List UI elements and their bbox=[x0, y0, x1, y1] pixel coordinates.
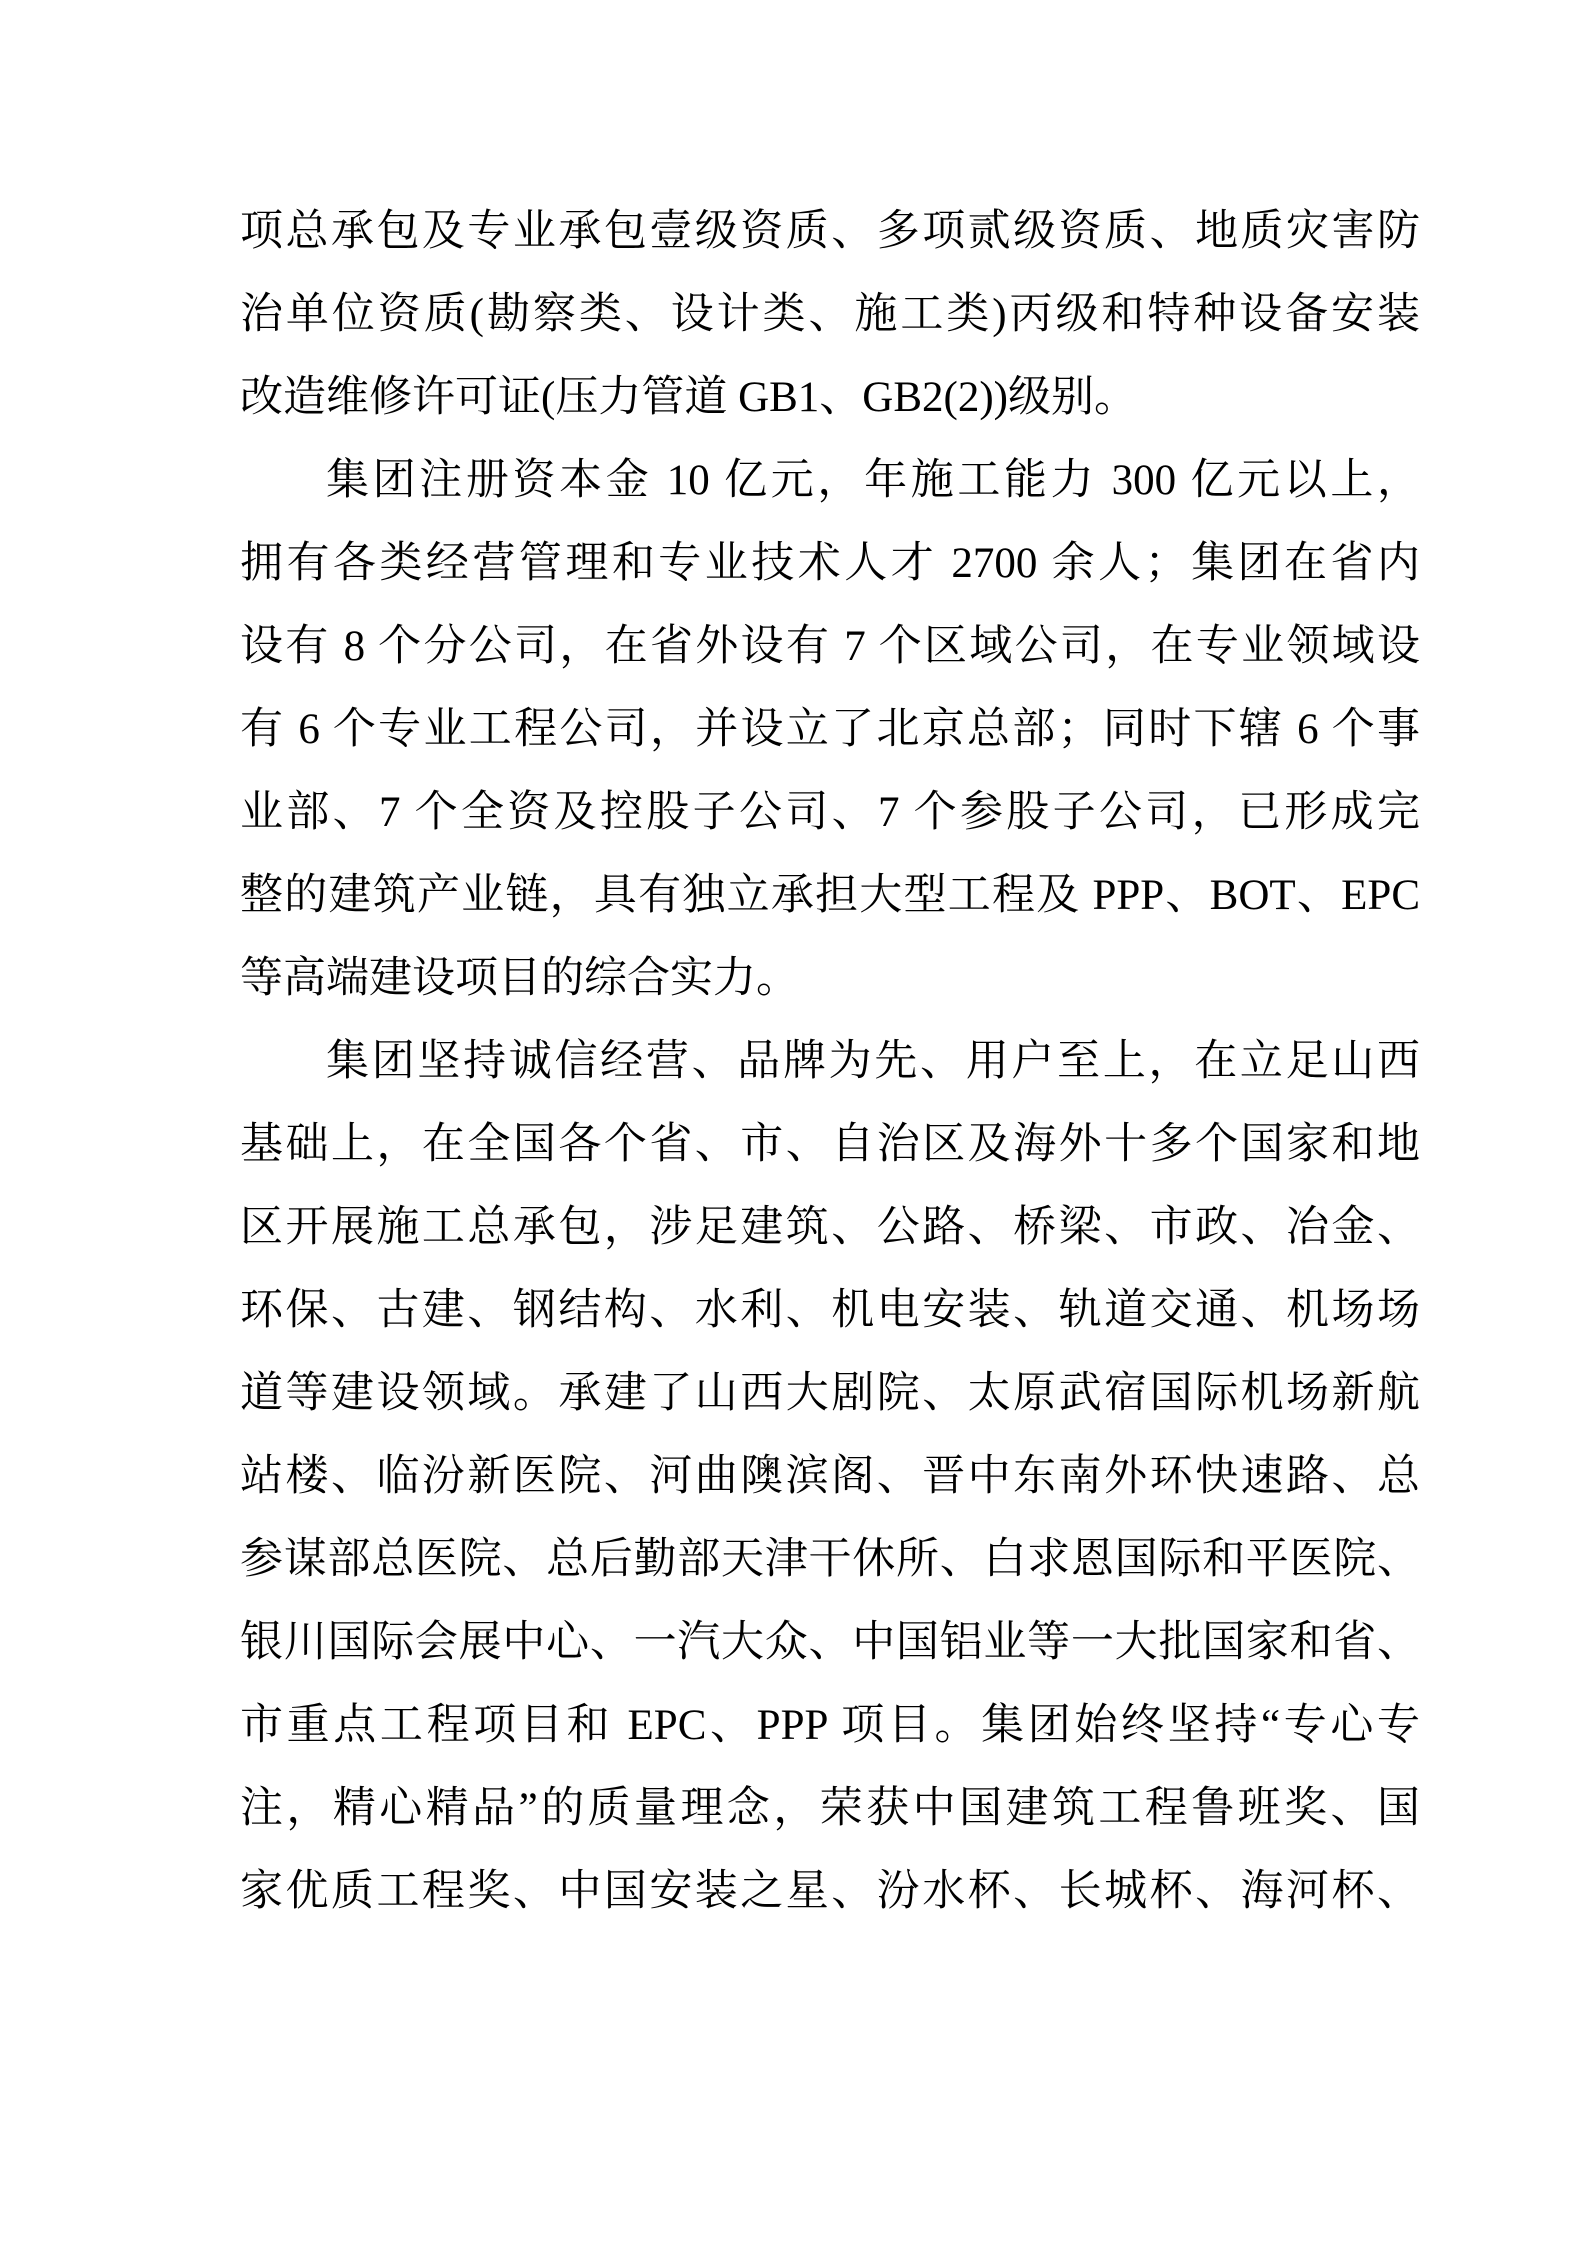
text-line: 银川国际会展中心、一汽大众、中国铝业等一大批国家和省、 bbox=[240, 1601, 1420, 1684]
text-line: 区开展施工总承包，涉足建筑、公路、桥梁、市政、冶金、 bbox=[240, 1186, 1420, 1269]
text-line: 设有 8 个分公司，在省外设有 7 个区域公司，在专业领域设 bbox=[240, 605, 1420, 688]
text-line: 项总承包及专业承包壹级资质、多项贰级资质、地质灾害防 bbox=[240, 190, 1420, 273]
text-line: 业部、7 个全资及控股子公司、7 个参股子公司，已形成完 bbox=[240, 771, 1420, 854]
text-block: 项总承包及专业承包壹级资质、多项贰级资质、地质灾害防 治单位资质(勘察类、设计类… bbox=[240, 190, 1420, 1933]
text-line: 集团坚持诚信经营、品牌为先、用户至上，在立足山西 bbox=[240, 1020, 1420, 1103]
text-line: 基础上，在全国各个省、市、自治区及海外十多个国家和地 bbox=[240, 1103, 1420, 1186]
document-page: 项总承包及专业承包壹级资质、多项贰级资质、地质灾害防 治单位资质(勘察类、设计类… bbox=[0, 0, 1587, 2245]
text-line: 拥有各类经营管理和专业技术人才 2700 余人；集团在省内 bbox=[240, 522, 1420, 605]
text-line: 改造维修许可证(压力管道 GB1、GB2(2))级别。 bbox=[240, 356, 1420, 439]
text-line: 参谋部总医院、总后勤部天津干休所、白求恩国际和平医院、 bbox=[240, 1518, 1420, 1601]
text-line: 站楼、临汾新医院、河曲隩滨阁、晋中东南外环快速路、总 bbox=[240, 1435, 1420, 1518]
text-line: 市重点工程项目和 EPC、PPP 项目。集团始终坚持“专心专 bbox=[240, 1684, 1420, 1767]
paragraph: 集团坚持诚信经营、品牌为先、用户至上，在立足山西 基础上，在全国各个省、市、自治… bbox=[240, 1020, 1420, 1933]
text-line: 注，精心精品”的质量理念，荣获中国建筑工程鲁班奖、国 bbox=[240, 1767, 1420, 1850]
text-line: 道等建设领域。承建了山西大剧院、太原武宿国际机场新航 bbox=[240, 1352, 1420, 1435]
text-line: 治单位资质(勘察类、设计类、施工类)丙级和特种设备安装 bbox=[240, 273, 1420, 356]
text-line: 整的建筑产业链，具有独立承担大型工程及 PPP、BOT、EPC bbox=[240, 854, 1420, 937]
text-line: 环保、古建、钢结构、水利、机电安装、轨道交通、机场场 bbox=[240, 1269, 1420, 1352]
paragraph: 集团注册资本金 10 亿元，年施工能力 300 亿元以上， 拥有各类经营管理和专… bbox=[240, 439, 1420, 1020]
text-line: 集团注册资本金 10 亿元，年施工能力 300 亿元以上， bbox=[240, 439, 1420, 522]
text-line: 等高端建设项目的综合实力。 bbox=[240, 937, 1420, 1020]
text-line: 家优质工程奖、中国安装之星、汾水杯、长城杯、海河杯、 bbox=[240, 1850, 1420, 1933]
text-line: 有 6 个专业工程公司，并设立了北京总部；同时下辖 6 个事 bbox=[240, 688, 1420, 771]
paragraph: 项总承包及专业承包壹级资质、多项贰级资质、地质灾害防 治单位资质(勘察类、设计类… bbox=[240, 190, 1420, 439]
